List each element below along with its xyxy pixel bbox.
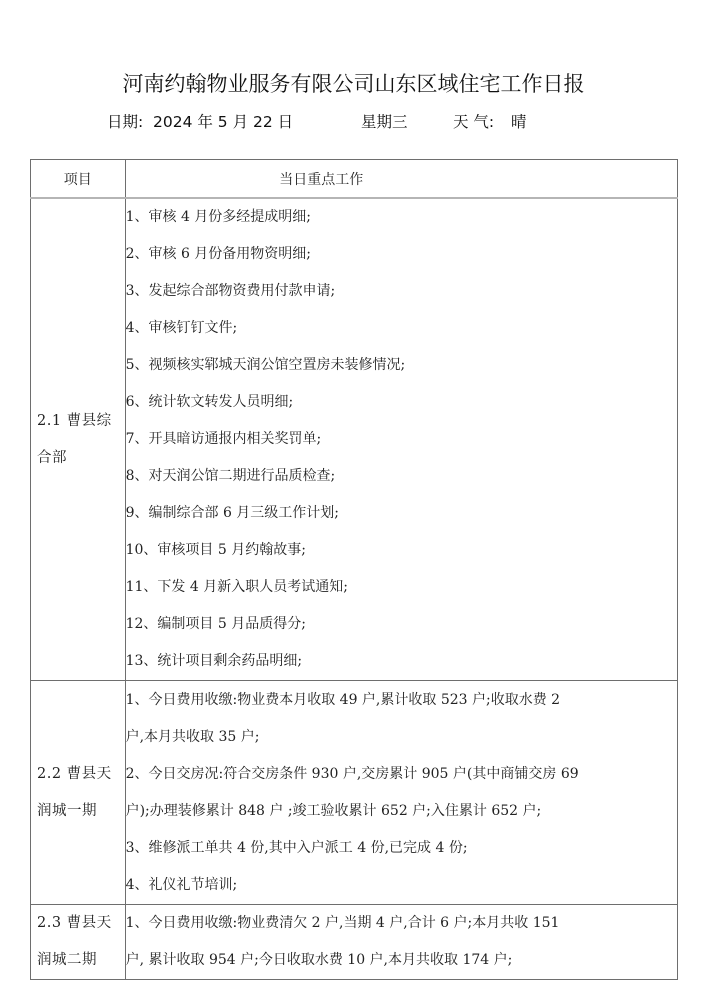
item-label-line: 2.2 曹县天	[31, 756, 125, 793]
work-line: 1、审核 4 月份多经提成明细;	[126, 199, 677, 236]
table-header-row: 项目 当日重点工作	[31, 160, 678, 199]
row-item-cell: 2.3 曹县天 润城二期	[31, 905, 126, 980]
work-line: 1、今日费用收缴:物业费本月收取 49 户,累计收取 523 户;收取水费 2	[126, 682, 677, 719]
daily-work-table: 项目 当日重点工作 2.1 曹县综 合部 1、审核 4 月份多经提成明细; 2、…	[30, 159, 678, 980]
item-label-line: 润城二期	[31, 942, 125, 979]
header-work-label: 当日重点工作	[279, 172, 523, 188]
work-line: 2、审核 6 月份备用物资明细;	[126, 236, 677, 273]
row-work-cell: 1、审核 4 月份多经提成明细; 2、审核 6 月份备用物资明细; 3、发起综合…	[125, 198, 677, 681]
row-work-cell: 1、今日费用收缴:物业费本月收取 49 户,累计收取 523 户;收取水费 2 …	[125, 681, 677, 905]
work-line: 户);办理装修累计 848 户 ;竣工验收累计 652 户;入住累计 652 户…	[126, 793, 677, 830]
item-label-line: 2.3 曹县天	[31, 905, 125, 942]
item-label-line: 润城一期	[31, 793, 125, 830]
weather-value: 晴	[511, 110, 527, 132]
work-line: 5、视频核实郓城天润公馆空置房未装修情况;	[126, 347, 677, 384]
row-item-cell: 2.2 曹县天 润城一期	[31, 681, 126, 905]
table-row: 2.2 曹县天 润城一期 1、今日费用收缴:物业费本月收取 49 户,累计收取 …	[31, 681, 678, 905]
work-line: 13、统计项目剩余药品明细;	[126, 643, 677, 680]
weekday: 星期三	[361, 110, 408, 132]
work-line: 4、审核钉钉文件;	[126, 310, 677, 347]
table-row: 2.1 曹县综 合部 1、审核 4 月份多经提成明细; 2、审核 6 月份备用物…	[31, 198, 678, 681]
work-line: 3、维修派工单共 4 份,其中入户派工 4 份,已完成 4 份;	[126, 830, 677, 867]
row-item-cell: 2.1 曹县综 合部	[31, 198, 126, 681]
row-work-cell: 1、今日费用收缴:物业费清欠 2 户,当期 4 户,合计 6 户;本月共收 15…	[125, 905, 677, 980]
work-line: 3、发起综合部物资费用付款申请;	[126, 273, 677, 310]
item-label-line: 合部	[31, 440, 125, 477]
work-line: 1、今日费用收缴:物业费清欠 2 户,当期 4 户,合计 6 户;本月共收 15…	[126, 905, 677, 942]
work-line: 7、开具暗访通报内相关奖罚单;	[126, 421, 677, 458]
work-line: 12、编制项目 5 月品质得分;	[126, 606, 677, 643]
date-label: 日期:	[107, 110, 143, 132]
item-label-line: 2.1 曹县综	[31, 403, 125, 440]
header-item: 项目	[31, 160, 126, 199]
work-line: 8、对天润公馆二期进行品质检查;	[126, 458, 677, 495]
table-row: 2.3 曹县天 润城二期 1、今日费用收缴:物业费清欠 2 户,当期 4 户,合…	[31, 905, 678, 980]
work-line: 户,本月共收取 35 户;	[126, 719, 677, 756]
work-line: 10、审核项目 5 月约翰故事;	[126, 532, 677, 569]
report-title: 河南约翰物业服务有限公司山东区域住宅工作日报	[0, 68, 707, 98]
work-line: 9、编制综合部 6 月三级工作计划;	[126, 495, 677, 532]
date-value: 2024 年 5 月 22 日	[153, 110, 293, 132]
work-line: 4、礼仪礼节培训;	[126, 867, 677, 904]
header-work: 当日重点工作	[125, 160, 677, 199]
work-line: 6、统计软文转发人员明细;	[126, 384, 677, 421]
weather-label: 天 气:	[453, 110, 494, 132]
work-line: 户, 累计收取 954 户;今日收取水费 10 户,本月共收取 174 户;	[126, 942, 677, 979]
work-line: 2、今日交房况:符合交房条件 930 户,交房累计 905 户(其中商铺交房 6…	[126, 756, 677, 793]
work-line: 11、下发 4 月新入职人员考试通知;	[126, 569, 677, 606]
